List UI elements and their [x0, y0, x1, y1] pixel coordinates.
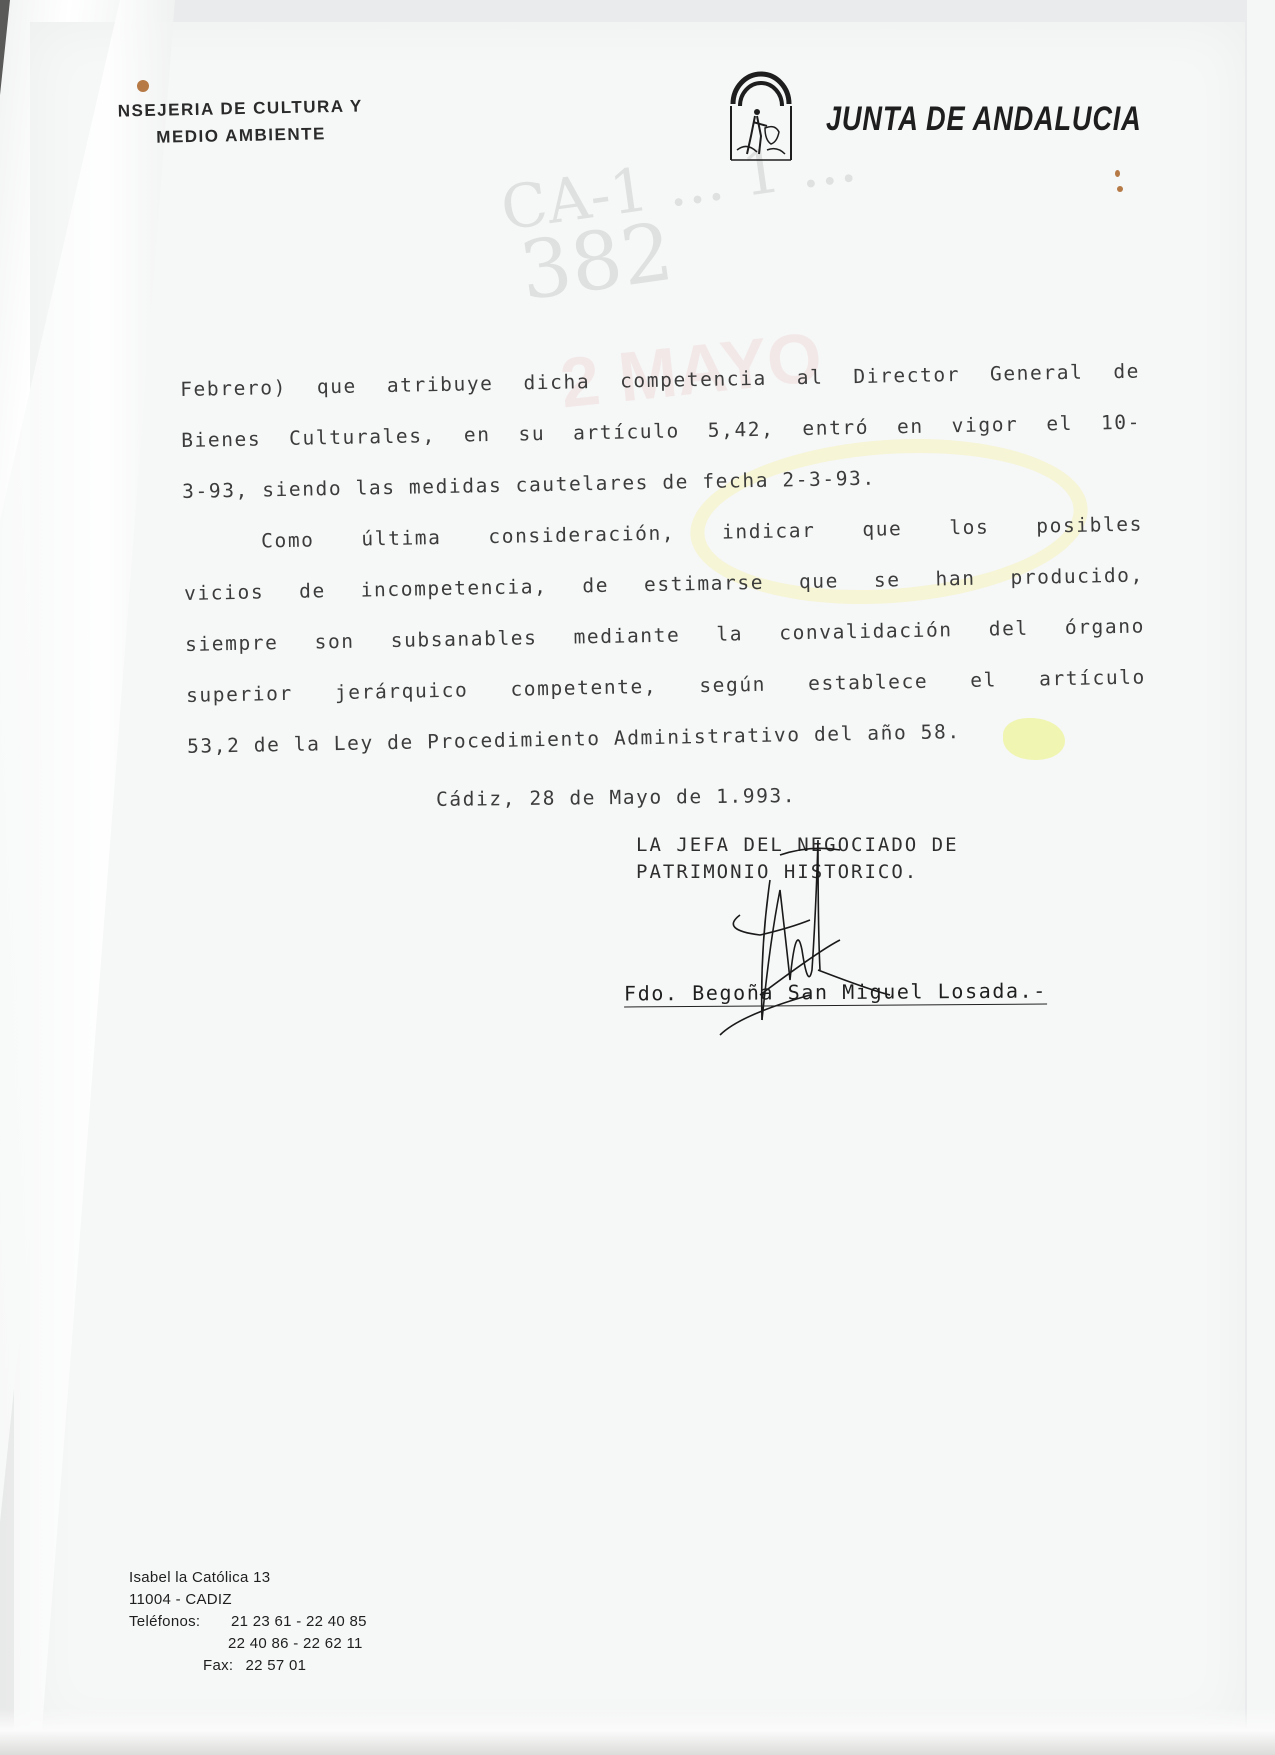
body-word: de [299, 579, 327, 631]
body-word: atribuye [387, 372, 495, 425]
body-word: artículo [1039, 666, 1147, 719]
body-word: producido, [1010, 564, 1144, 618]
body-word: en [897, 415, 925, 467]
handwritten-signature-icon [700, 820, 960, 1050]
body-word: son [314, 630, 355, 682]
body-word: artículo [573, 419, 681, 472]
body-word: siempre [185, 631, 279, 684]
body-word: última [361, 526, 442, 579]
scan-right-margin [1247, 0, 1275, 1755]
body-word: la [716, 622, 744, 674]
letter-date: Cádiz, 28 de Mayo de 1.993. [436, 784, 796, 811]
body-word: de [582, 574, 610, 626]
phones-line-2: 22 40 86 - 22 62 11 [228, 1635, 363, 1652]
body-word: indicar [722, 519, 816, 572]
body-word: según [699, 673, 767, 725]
body-word: Culturales, [289, 424, 437, 478]
body-word: Febrero) [180, 376, 288, 429]
body-word: Director [853, 363, 961, 416]
body-word: del [989, 617, 1030, 669]
ministry-heading: NSEJERIA DE CULTURA Y MEDIO AMBIENTE [117, 92, 363, 151]
body-word: dicha [523, 370, 591, 422]
body-word: consideración, [488, 522, 676, 577]
letter-body: Febrero)queatribuyedichacompetenciaalDir… [180, 360, 1148, 786]
body-word: vicios [184, 580, 265, 633]
footer-address: Isabel la Católica 13 [129, 1567, 367, 1589]
body-word: convalidación [779, 618, 953, 672]
rust-spot [137, 80, 149, 92]
torn-page-bottom [0, 1708, 1275, 1755]
body-word: 10- [1101, 411, 1142, 463]
rust-spot [1117, 186, 1123, 192]
ministry-line-2: MEDIO AMBIENTE [118, 119, 363, 151]
phones-label: Teléfonos: [129, 1611, 231, 1633]
body-word: mediante [573, 623, 681, 676]
body-word: de [1113, 360, 1141, 412]
body-word: se [874, 568, 902, 620]
body-word: al [797, 366, 825, 418]
body-word: Como [261, 528, 315, 580]
body-word: superior [186, 682, 294, 735]
rust-spot [1115, 170, 1120, 177]
footer-city: 11004 - CADIZ [129, 1589, 367, 1611]
fax-label: Fax: [203, 1655, 241, 1677]
body-word: General [990, 361, 1084, 414]
body-word: en [464, 423, 492, 475]
body-word: el [1046, 412, 1074, 464]
body-word: su [518, 422, 546, 474]
junta-andalucia-emblem-icon [727, 70, 795, 162]
phones-line-1: 21 23 61 - 22 40 85 [231, 1613, 367, 1630]
body-word: órgano [1065, 615, 1146, 668]
body-word: competente, [510, 675, 658, 729]
body-word: el [970, 668, 998, 720]
body-word: estimarse [644, 571, 765, 624]
signatory-name: Fdo. Begoña San Miguel Losada.- [624, 979, 1047, 1008]
body-word: los [949, 515, 990, 567]
letterhead-footer: Isabel la Católica 13 11004 - CADIZ Telé… [129, 1567, 367, 1677]
body-word: que [862, 517, 903, 569]
body-word: subsanables [391, 626, 539, 680]
body-word: han [935, 567, 976, 619]
body-word: establece [808, 670, 929, 723]
fax-number: 22 57 01 [245, 1657, 306, 1674]
body-word: que [317, 375, 358, 427]
body-word: que [799, 569, 840, 621]
body-word: incompetencia, [360, 575, 548, 630]
body-word: entró [802, 416, 870, 468]
body-word: 5,42, [708, 418, 776, 470]
ministry-line-1: NSEJERIA DE CULTURA Y [117, 92, 362, 124]
organization-name: JUNTA DE ANDALUCIA [826, 100, 1142, 139]
body-word: posibles [1036, 513, 1144, 566]
body-word: jerárquico [335, 679, 469, 733]
body-word: vigor [951, 413, 1019, 465]
body-word: Bienes [181, 427, 262, 480]
body-word: competencia [620, 367, 768, 421]
